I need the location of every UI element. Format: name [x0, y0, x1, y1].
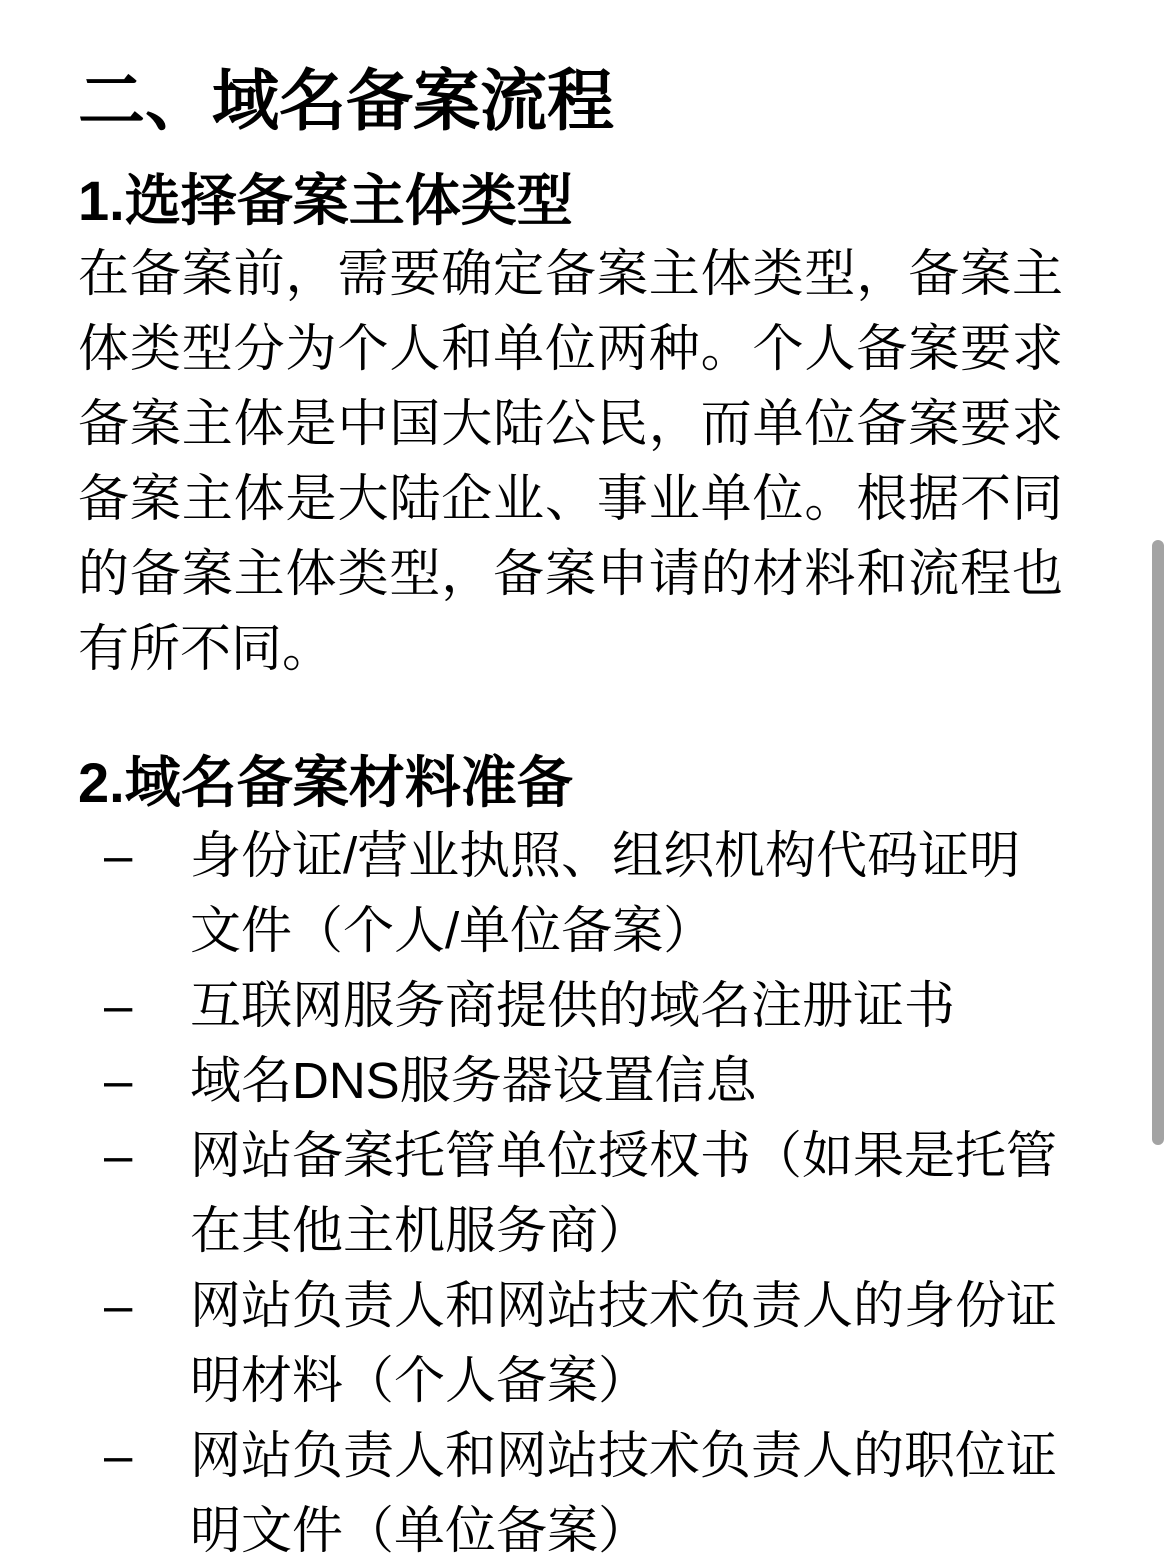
section-1-heading: 1.选择备案主体类型: [78, 166, 1170, 236]
bullet-dash-marker: –: [104, 968, 132, 1043]
section-1-paragraph: 在备案前，需要确定备案主体类型，备案主体类型分为个人和单位两种。个人备案要求备案…: [78, 236, 1063, 686]
document-page: 二、域名备案流程 1.选择备案主体类型 在备案前，需要确定备案主体类型，备案主体…: [0, 0, 1170, 1560]
materials-list: – 身份证/营业执照、组织机构代码证明文件（个人/单位备案） – 互联网服务商提…: [78, 818, 1070, 1560]
list-item-text: 域名DNS服务器设置信息: [190, 1052, 757, 1109]
list-item: – 网站负责人和网站技术负责人的身份证明材料（个人备案）: [78, 1268, 1070, 1418]
list-item-text: 网站负责人和网站技术负责人的身份证明材料（个人备案）: [190, 1277, 1057, 1409]
list-item-text: 互联网服务商提供的域名注册证书: [190, 977, 955, 1034]
list-item: – 互联网服务商提供的域名注册证书: [78, 968, 1070, 1043]
list-item: – 域名DNS服务器设置信息: [78, 1043, 1070, 1118]
bullet-dash-marker: –: [104, 1043, 132, 1118]
list-item: – 网站备案托管单位授权书（如果是托管在其他主机服务商）: [78, 1118, 1070, 1268]
list-item: – 网站负责人和网站技术负责人的职位证明文件（单位备案）: [78, 1418, 1070, 1560]
scrollbar-thumb[interactable]: [1152, 540, 1164, 1145]
list-item-text: 网站备案托管单位授权书（如果是托管在其他主机服务商）: [190, 1127, 1057, 1259]
list-item: – 身份证/营业执照、组织机构代码证明文件（个人/单位备案）: [78, 818, 1070, 968]
list-item-text: 网站负责人和网站技术负责人的职位证明文件（单位备案）: [190, 1427, 1057, 1559]
bullet-dash-marker: –: [104, 1118, 132, 1193]
section-2-heading: 2.域名备案材料准备: [78, 748, 1170, 818]
bullet-dash-marker: –: [104, 818, 132, 893]
bullet-dash-marker: –: [104, 1268, 132, 1343]
list-item-text: 身份证/营业执照、组织机构代码证明文件（个人/单位备案）: [190, 827, 1020, 959]
page-title: 二、域名备案流程: [78, 64, 1170, 140]
bullet-dash-marker: –: [104, 1418, 132, 1493]
